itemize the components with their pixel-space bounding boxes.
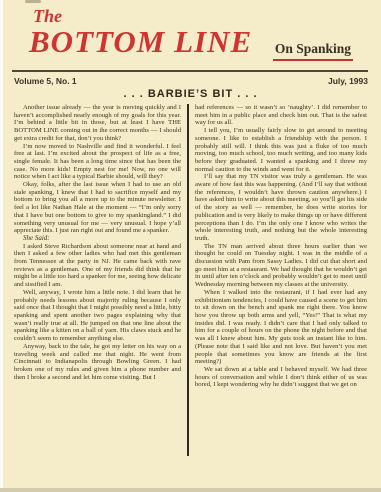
paragraph: Okay, folks, after the last issue when I… — [14, 181, 181, 235]
paragraph: I asked Steve Richardson about someone n… — [14, 243, 181, 289]
column-divider-rule — [187, 104, 189, 456]
paragraph: When I walked into the restaurant, if I … — [195, 289, 367, 366]
right-column: had references — so it wasn’t so ‘naught… — [195, 104, 367, 456]
newsletter-page: The BOTTOM LINE On Spanking Volume 5, No… — [0, 0, 381, 492]
paragraph: Anyway, back to the tale, he got my lett… — [14, 343, 181, 382]
section-heading-she-said: She Said: — [14, 235, 181, 243]
issue-volume: Volume 5, No. 1 — [14, 76, 77, 86]
paragraph: I’m now moved to Nashville and find it w… — [14, 143, 181, 182]
paragraph: The TN man arrived about three hours ear… — [195, 243, 367, 289]
masthead-tagline: On Spanking — [273, 41, 353, 61]
paragraph: had references — so it wasn’t so ‘naught… — [195, 104, 367, 127]
scan-edge-bottom — [0, 488, 381, 492]
paragraph: I tell you, I’m usually fairly slow to g… — [195, 127, 367, 173]
paragraph: I’ll say that my TN visitor was truly a … — [195, 173, 367, 242]
paragraph: We sat down at a table and I behaved mys… — [195, 366, 367, 389]
article-title: . . . BARBIE’S BIT . . . — [0, 88, 381, 100]
issue-date: July, 1993 — [328, 76, 368, 86]
header-rule — [12, 70, 368, 72]
left-column: Another issue already — the year is movi… — [14, 104, 181, 456]
scan-smudge — [25, 0, 41, 3]
paragraph: Well, anyway, I wrote him a little note.… — [14, 289, 181, 343]
scan-edge-left — [0, 0, 3, 492]
masthead-title: BOTTOM LINE — [29, 24, 252, 60]
article-columns: Another issue already — the year is movi… — [14, 104, 367, 456]
paragraph: Another issue already — the year is movi… — [14, 104, 181, 143]
